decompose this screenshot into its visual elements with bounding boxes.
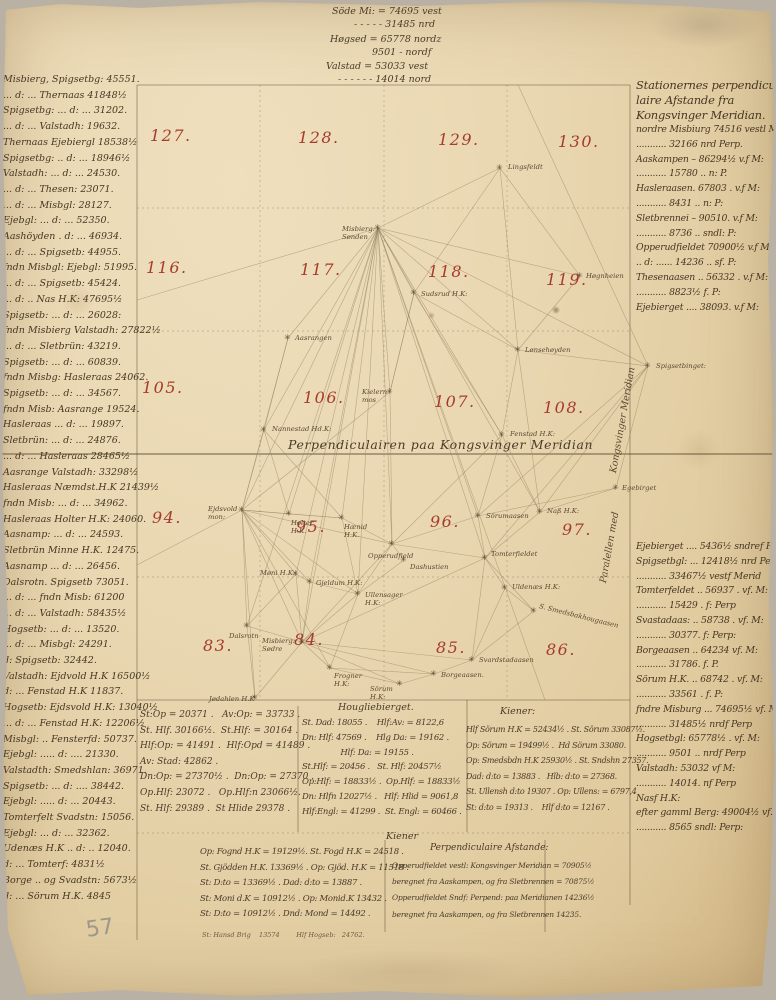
station-label: Frogner H.K: [334,673,362,688]
station-marker-icon: ✳ [468,655,475,664]
station-label: Sörum H.K: [370,686,393,701]
perpendicular-line-label: Perpendiculairen paa Kongsvinger Meridia… [288,437,593,452]
distance-entry: fndre Misburg ... 74695½ vf. M: [636,703,776,718]
table-line: beregnet fra Aaskampen, og fra Sletbrenn… [392,907,560,923]
table-line: Av: Stad: 42862 . [140,755,298,771]
distance-entry: ........... 8823½ f. P: [636,286,776,301]
distance-entry: Aashöyden . d: ... 46934. [3,229,137,245]
table-line: Dad: d:to = 13883 . Hlb: d:to = 27368. [466,769,628,785]
survey-sheet: Söde Mi: = 74695 vest- - - - - 31485 nrd… [0,0,776,1000]
table-line: St. Ullensh d:to 19307 . Op: Ullens: = 6… [466,784,628,800]
distance-entry: ........... 15780 .. n: P. [636,167,776,182]
distance-entry: Thernaas Ejebiergl 18538½ [3,135,137,151]
station-marker-icon: ✳ [474,511,481,520]
distance-entry: Aasnamp: ... d: ... 24593. [3,527,137,543]
station-label: Ullensager H.K: [365,592,403,607]
distance-entry: Hasleraasen. 67803 . v.f M: [636,182,776,197]
distance-entry: Aasnamp ... d: ... 26456. [3,559,137,575]
table-line: St.Hlf: = 20456 . St. Hlf: 20457½ [302,760,462,775]
distance-entry: Stationernes perpendicu- [636,78,776,93]
station-label: Egebirget [622,485,656,493]
table-line: Op.Hlf: 23072 . Op.Hlf:n 23066½. [140,786,298,802]
distance-entry: Hogsetb: ... d: ... 13520. [3,622,137,638]
distance-entry: Spigsetb: ... d: ... 26028: [3,308,137,324]
table-footnote: St: Hansd Brig 13574 Hlf Hogseb: 24762. [202,931,365,939]
table-line: Hlf: Da: = 19155 . [302,746,462,761]
station-marker-icon: ✳ [354,589,361,598]
distance-entry: Ejebgl: ... d: ... 52350. [3,213,137,229]
station-marker-icon: ✳ [285,509,292,518]
distance-entry: Spigsetb: ... d: ... 34567. [3,386,137,402]
station-marker-icon: ✳ [388,539,395,548]
station-label: Holter H.K. [291,520,313,535]
table-line: Dn: Hlf: 47569 . Hlg Da: = 19162 . [302,731,462,746]
distance-entry: fndn Misb: ... d: ... 34962. [3,496,137,512]
station-marker-icon: ✳ [396,679,403,688]
station-label: Sudsrud H.K: [421,291,467,299]
station-label: Spigsetbinget: [656,363,706,371]
table-col2-header: Hougliebierget. [338,702,414,713]
distance-entry: ........... 30377. f: Perp: [636,629,776,644]
distance-entry: ........... 32166 nrd Perp. [636,138,776,153]
grid-cell-number: 118. [428,262,470,281]
table-line: St: d:to = 19313 . Hlf d:to = 12167 . [466,800,628,816]
table-line: Hlf Sörum H.K = 52434½ . St. Sörum 33087… [466,722,628,738]
distance-entry: ... d: .. Nas H.K: 47695½ [3,292,137,308]
grid-cell-number: 129. [438,130,480,149]
station-marker-icon: ✳ [501,583,508,592]
distance-entry: Thesenaasen .. 56332 . v.f M: [636,271,776,286]
table-line: Hlf:Op: = 41491 . Hlf:Opd = 41489 . [140,739,298,755]
table-line: Op:Hlf: = 18833½ . Op.Hlf: = 18833½ [302,775,462,790]
distance-entry: Sletbrennei – 90510. v.f M: [636,212,776,227]
grid-cell-number: 107. [434,392,476,411]
station-marker-icon: ✳ [644,361,651,370]
station-marker-icon: ✳ [530,606,537,615]
table-line: beregnet fra Aaskampen, og fra Sletbrenn… [392,874,560,890]
station-label: Kielern mos [362,389,387,404]
distance-entry: Spigsetb: ... d: .... 38442. [3,779,137,795]
station-label: Tomterfieldet [491,551,537,559]
grid-cell-number: 86. [546,640,576,659]
distance-entry: d: ... Tomterf: 4831½ [3,857,137,873]
distance-entry: Misbierg, Spigsetbg: 45551. [3,72,137,88]
table-line: St. Gjödden H.K. 13369½ . Op: Gjöd. H.K … [200,861,386,877]
distance-entry: ... d: ... Hasleraas 28465½ [3,449,137,465]
station-label: Møni H.K: [260,570,295,578]
page-number: 57 [84,914,115,943]
distance-entry: fndn Misbg: Hasleraas 24062. [3,370,137,386]
table-line: Opperudfieldet vestl: Kongsvinger Meridi… [392,858,560,874]
table-line: Op: Fognd H.K = 19129½. St. Fogd H.K = 2… [200,845,386,861]
distance-entry: fndn Misbierg Valstadh: 27822½ [3,323,137,339]
distance-entry: ... d: ... Valstadh: 19632. [3,119,137,135]
station-marker-icon: ✳ [238,505,245,514]
distance-entry: Sörum H.K. .. 68742 . vf. M: [636,673,776,688]
distance-entry: d: Spigsetb: 32442. [3,653,137,669]
table-col3-header: Kiener: [500,706,535,717]
distance-entry: Valstadh: ... d: ... 24530. [3,166,137,182]
distance-entry: Sletbrün: ... d: ... 24876. [3,433,137,449]
grid-cell-number: 96. [430,512,460,531]
distance-entry: ... d: ... Sletbrün: 43219. [3,339,137,355]
distance-entry: Valstadh: Ejdvold H.K 16500½ [3,669,137,685]
station-marker-icon: ✳ [243,621,250,630]
distance-entry: laire Afstande fra [636,93,776,108]
top-note: Høgsed = 65778 nordz [330,34,441,45]
station-label: Svardstadaasen [479,657,534,665]
distance-entry: Ejebierget .... 5436½ sndref Perp. [636,540,776,555]
table-line: Dn: Hlfn 12027½ . Hlf: Hlid = 9061,8 [302,790,462,805]
table-row2-left: Op: Fognd H.K = 19129½. St. Fogd H.K = 2… [200,845,386,923]
table-line: St: D:to = 13369½ . Dad: d:to = 13887 . [200,876,386,892]
distance-entry: ........... 31786. f. P. [636,658,776,673]
distance-entry: Spigsetb: ... d: ... 60839. [3,355,137,371]
distance-entry: nordre Misbiurg 74516 vestl Mer: [636,123,776,138]
distance-entry: Ejebgl: ..... d: ... 20443. [3,794,137,810]
grid-cell-number: 108. [543,398,585,417]
station-marker-icon: ✳ [298,637,305,646]
distance-entry: Ejebgl: ... d: ... 32362. [3,826,137,842]
grid-cell-number: 116. [146,258,188,277]
distance-entry: ... d: ... Valstadh: 58435½ [3,606,137,622]
distance-entry: Aaskampen – 86294½ v.f M: [636,153,776,168]
station-marker-icon: ✳ [496,163,503,172]
table-line: Dn:Op: = 27370½ . Dn:Op: = 27370 . [140,770,298,786]
station-marker-icon: ✳ [430,669,437,678]
table-col3: Hlf Sörum H.K = 52434½ . St. Sörum 33087… [466,722,628,816]
grid-cell-number: 130. [558,132,600,151]
table-line: St:Op = 20371 . Av:Op: = 33733 . [140,708,298,724]
distance-entry: ... d: ... Fenstad H.K: 12206½ [3,716,137,732]
station-label: Nannestad Hd.K: [272,426,331,434]
distance-entry: Borgeaasen .. 64234 vf. M: [636,644,776,659]
station-label: Misbierg: Sødre [262,638,295,653]
distance-entry: ... d: ... Thesen: 23071. [3,182,137,198]
distance-entry: ... d: ... Misbgl: 24291. [3,637,137,653]
table-line: Op: Smedsbdn H.K 25930½ . St. Sndshn 273… [466,753,628,769]
grid-cell-number: 127. [150,126,192,145]
distance-entry: Tomterfeldet .. 56937 . vf. M: [636,584,776,599]
station-marker-icon: ✳ [284,333,291,342]
top-note: - - - - - 31485 nrd [354,19,435,30]
top-note: 9501 - nordf [372,47,431,58]
distance-entry: ........... 14014. nf Perp [636,777,776,792]
distance-entry: .. d: ...... 14236 .. sf. P: [636,256,776,271]
right-distance-list-upper: Stationernes perpendicu-laire Afstande f… [636,78,776,315]
distance-entry: Dalsrotn. Spigsetb 73051. [3,575,137,591]
station-marker-icon: ✳ [306,577,313,586]
distance-entry: Hasleraas Næmdst.H.K 21439½ [3,480,137,496]
distance-entry: efter gamml Berg: 49004½ vf. M: [636,806,776,821]
distance-entry: ... d: ... Misbgl: 28127. [3,198,137,214]
distance-entry: Ejebgl: ..... d: .... 21330. [3,747,137,763]
table-row2-right: Opperudfieldet vestl: Kongsvinger Meridi… [392,858,560,923]
grid-cell-number: 97. [562,520,592,539]
distance-entry: ... d: ... Spigsetb: 44955. [3,245,137,261]
station-label: Hænid H.K. [344,524,367,539]
top-note: - - - - - - 14014 nord [338,74,431,85]
station-marker-icon: ✳ [536,507,543,516]
distance-entry: ... d: ... fndn Misb: 61200 [3,590,137,606]
station-label: Gjeldum H.K: [316,580,363,588]
station-label: Misbierg: Sønden [342,226,375,241]
distance-entry: Borge .. og Svadstn: 5673½ [3,873,137,889]
station-label: Dashustien [410,564,449,572]
distance-entry: ........... 15429 . f: Perp [636,599,776,614]
table-row2-header: Kiener [386,831,418,842]
station-label: Borgeaasen. [441,672,484,680]
table-line: Hlf:Engl: = 41299 . St. Engl: = 60466 . [302,805,462,820]
distance-entry: fndn Misbgl: Ejebgl: 51995. [3,260,137,276]
distance-entry: ... d: ... Thernaas 41848½ [3,88,137,104]
station-label: Sörumaasen [486,513,529,521]
station-marker-icon: ✳ [410,288,417,297]
right-distance-list-lower: Ejebierget .... 5436½ sndref Perp.Spigse… [636,540,776,836]
station-marker-icon: ✳ [481,553,488,562]
station-label: Naß H.K: [547,508,579,516]
station-marker-icon: ✳ [260,425,267,434]
distance-entry: Misbgl: .. Fensterfd: 50737. [3,732,137,748]
distance-entry: ........... 31485½ nrdf Perp [636,718,776,733]
top-note: Valstad = 53033 vest [326,61,428,72]
grid-cell-number: 128. [298,128,340,147]
table-col2: St. Dad: 18055 . Hlf:Av: = 8122,6Dn: Hlf… [302,716,462,820]
table-line: St: Moni d.K = 10912½ . Op: Monid.K 1343… [200,892,386,908]
station-label: Uldenæs H.K: [512,584,560,592]
grid-cell-number: 85. [436,638,466,657]
distance-entry: ........... 33467½ vestf Merid [636,570,776,585]
distance-entry: Spigsetbg: ... d: ... 31202. [3,103,137,119]
distance-entry: Ejebierget .... 38093. v.f M: [636,301,776,316]
distance-entry: ... d: ... Spigsetb: 45424. [3,276,137,292]
distance-entry: fndn Misb: Aasrange 19524. [3,402,137,418]
station-marker-icon: ✳ [612,483,619,492]
distance-entry: Valstadth: Smedshlan: 36971. [3,763,137,779]
distance-entry: Hogsetbgl: 65778½ . vf. M: [636,732,776,747]
left-distance-list: Misbierg, Spigsetbg: 45551.... d: ... Th… [3,72,137,904]
station-marker-icon: ✳ [400,555,407,564]
distance-entry: Udenæs H.K .. d: .. 12040. [3,841,137,857]
distance-entry: Spigsetbgl: ... 12418½ nrd Perp: [636,555,776,570]
distance-entry: Opperudfieldet 70900½ v.f M: [636,241,776,256]
station-label: Lønsehøyden [525,347,571,355]
distance-entry: Hasleraas ... d: ... 19897. [3,417,137,433]
distance-entry: d: ... Fenstad H.K 11837. [3,684,137,700]
distance-entry: Spigsetbg: .. d: ... 18946½ [3,151,137,167]
grid-cell-number: 105. [142,378,184,397]
distance-entry: Tomterfelt Svadstn: 15056. [3,810,137,826]
distance-entry: Svastadaas: .. 58738 . vf. M: [636,614,776,629]
station-label: Lingsfeldt [508,164,543,172]
top-note: Söde Mi: = 74695 vest [332,6,442,17]
table-col1: St:Op = 20371 . Av:Op: = 33733 .St. Hlf.… [140,708,298,817]
table-line: Op: Sörum = 19499½ . Hd Sörum 33080. [466,738,628,754]
station-marker-icon: ✳ [576,271,583,280]
table-line: Opperudfieldet Sndf: Perpend: paa Meridi… [392,890,560,906]
station-label: Dalsrotn [229,633,259,641]
table-line: St: D:to = 10912½ . Dnd: Mond = 14492 . [200,907,386,923]
distance-entry: ........... 8565 sndl: Perp: [636,821,776,836]
distance-entry: Kongsvinger Meridian. [636,108,776,123]
distance-entry: ........... 8736 .. sndl: P: [636,227,776,242]
distance-entry: ........... 9501 .. nrdf Perp [636,747,776,762]
station-marker-icon: ✳ [338,513,345,522]
grid-cell-number: 106. [303,388,345,407]
station-label: Ejdsvold mon: [208,506,237,521]
station-label: Jødahlen H.K [209,696,255,704]
distance-entry: d: ... Sörum H.K. 4845 [3,889,137,905]
table-line: St. Hlf. 30166½. St.Hlf: = 30164 . [140,724,298,740]
distance-entry: ........... 8431 .. n: P: [636,197,776,212]
distance-entry: Sletbrün Minne H.K. 12475. [3,543,137,559]
grid-cell-number: 117. [300,260,342,279]
table-line: St. Dad: 18055 . Hlf:Av: = 8122,6 [302,716,462,731]
distance-entry: Nasf H.K: [636,792,776,807]
station-label: Aasrangen [295,335,332,343]
distance-entry: Valstadh: 53032 vf M: [636,762,776,777]
distance-entry: Aasrange Valstadh: 33298½ [3,465,137,481]
perp-afstande-title: Perpendiculaire Afstande: [430,843,548,853]
station-marker-icon: ✳ [514,345,521,354]
station-marker-icon: ✳ [326,663,333,672]
distance-entry: ........... 33561 . f. P: [636,688,776,703]
distance-entry: Hogsetb: Ejdsvold H.K: 13040½ [3,700,137,716]
station-label: Høgnheien [586,273,624,281]
distance-entry: Hasleraas Holter H.K: 24060. [3,512,137,528]
grid-cell-number: 94. [152,508,182,527]
table-line: St. Hlf: 29389 . St Hlide 29378 . [140,802,298,818]
